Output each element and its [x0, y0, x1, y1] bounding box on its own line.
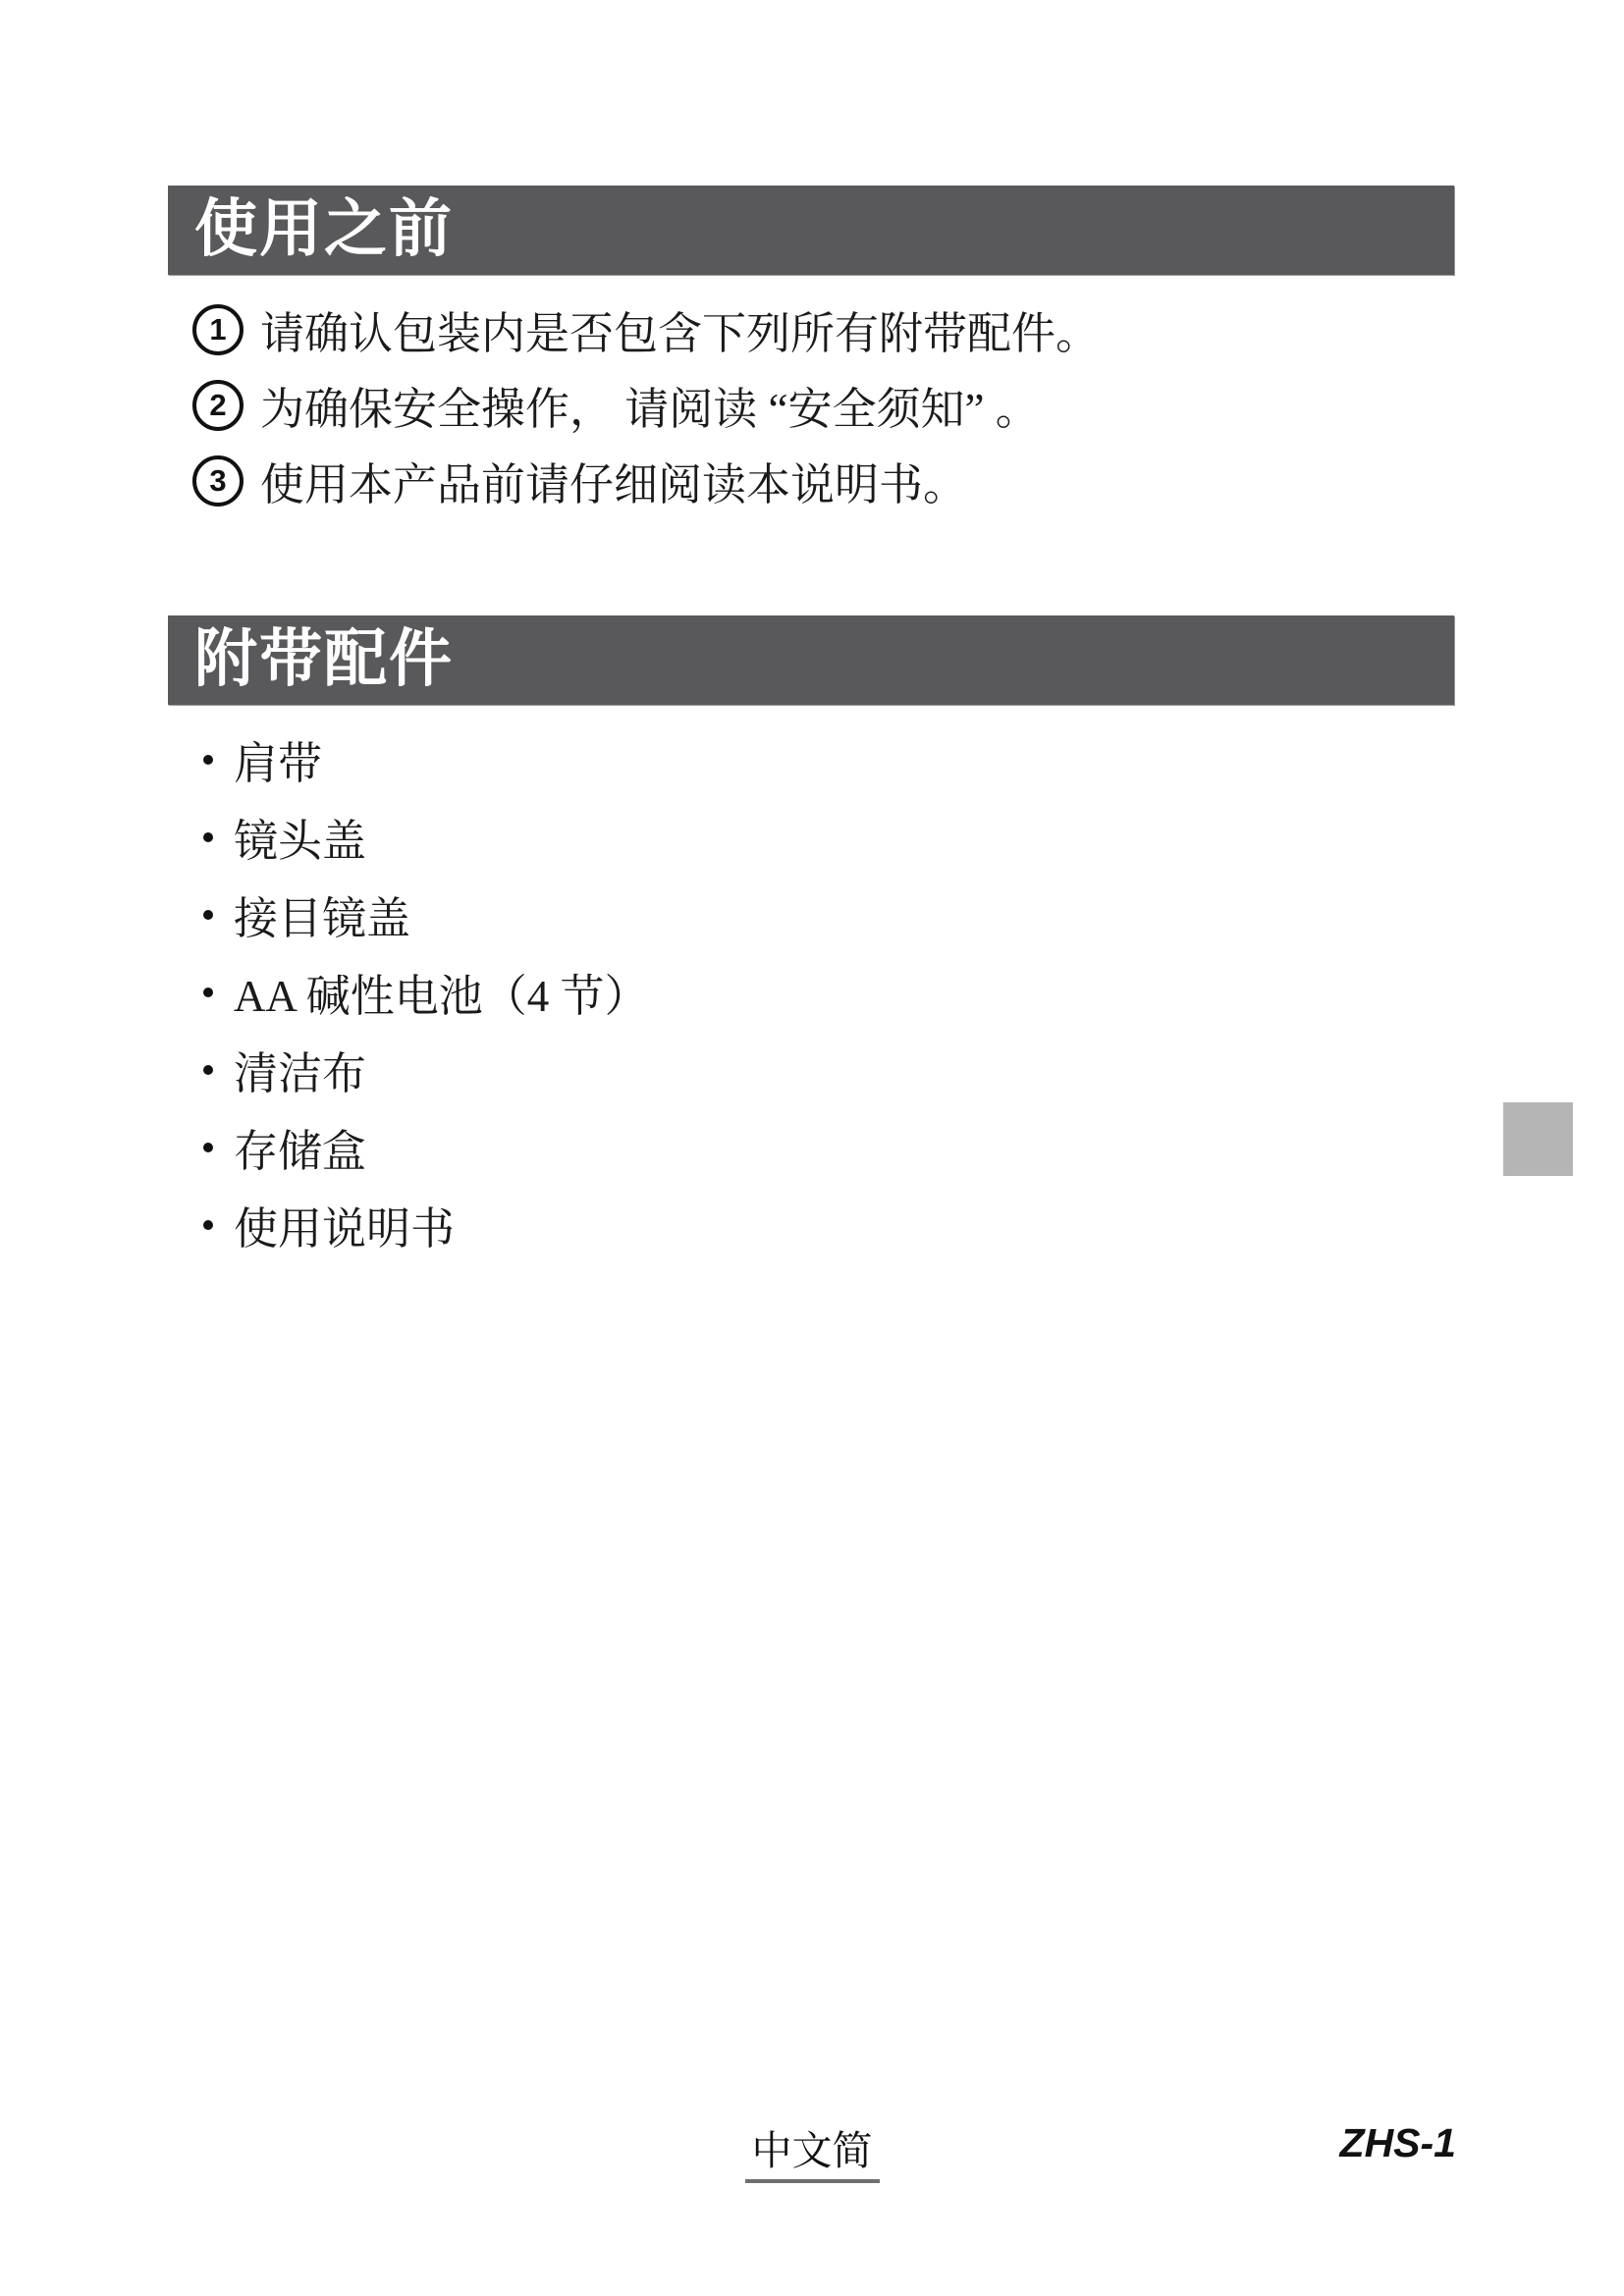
section-title: 附带配件: [168, 615, 1454, 703]
manual-page: 使用之前 1 请确认包装内是否包含下列所有附带配件。 2 为确保安全操作， 请阅…: [0, 0, 1624, 2296]
page-edge-tab-marker: [1503, 1102, 1573, 1176]
numbered-list-item: 2 为确保安全操作， 请阅读 “安全须知” 。: [192, 367, 1100, 443]
section-title: 使用之前: [168, 186, 1454, 273]
section-header-before-use: 使用之前: [168, 186, 1454, 275]
circled-number-icon: 1: [192, 304, 244, 355]
bullet-list-item: 使用说明书: [203, 1186, 649, 1263]
accessories-list: 肩带 镜头盖 接目镜盖 AA 碱性电池（4 节） 清洁布 存储盒 使用说明书: [203, 721, 649, 1263]
before-use-steps: 1 请确认包装内是否包含下列所有附带配件。 2 为确保安全操作， 请阅读 “安全…: [192, 292, 1100, 518]
numbered-list-item: 3 使用本产品前请仔细阅读本说明书。: [192, 443, 1100, 518]
step-text: 为确保安全操作， 请阅读 “安全须知” 。: [260, 373, 1040, 437]
accessory-text: 使用说明书: [234, 1193, 455, 1256]
footer-language-label: 中文简: [745, 2118, 880, 2183]
circled-number-icon: 2: [192, 380, 244, 431]
footer-page-number: ZHS-1: [1340, 2120, 1456, 2166]
bullet-dot-icon: [203, 1143, 213, 1152]
bullet-list-item: AA 碱性电池（4 节）: [203, 953, 649, 1031]
bullet-dot-icon: [203, 1220, 213, 1230]
accessory-text: 接目镜盖: [234, 882, 410, 946]
accessory-text: AA 碱性电池（4 节）: [234, 960, 649, 1024]
bullet-list-item: 肩带: [203, 721, 649, 798]
bullet-dot-icon: [203, 832, 213, 842]
circled-number-icon: 3: [192, 455, 244, 507]
accessory-text: 清洁布: [234, 1038, 366, 1101]
bullet-dot-icon: [203, 755, 213, 765]
accessory-text: 存储盒: [234, 1115, 366, 1179]
bullet-list-item: 接目镜盖: [203, 876, 649, 953]
bullet-dot-icon: [203, 988, 213, 997]
accessory-text: 肩带: [234, 727, 322, 791]
bullet-dot-icon: [203, 1065, 213, 1075]
section-header-supplied-accessories: 附带配件: [168, 615, 1454, 705]
bullet-dot-icon: [203, 910, 213, 920]
bullet-list-item: 存储盒: [203, 1108, 649, 1186]
bullet-list-item: 清洁布: [203, 1031, 649, 1108]
bullet-list-item: 镜头盖: [203, 798, 649, 876]
numbered-list-item: 1 请确认包装内是否包含下列所有附带配件。: [192, 292, 1100, 367]
step-text: 使用本产品前请仔细阅读本说明书。: [260, 449, 967, 512]
accessory-text: 镜头盖: [234, 805, 366, 869]
step-text: 请确认包装内是否包含下列所有附带配件。: [260, 297, 1100, 361]
